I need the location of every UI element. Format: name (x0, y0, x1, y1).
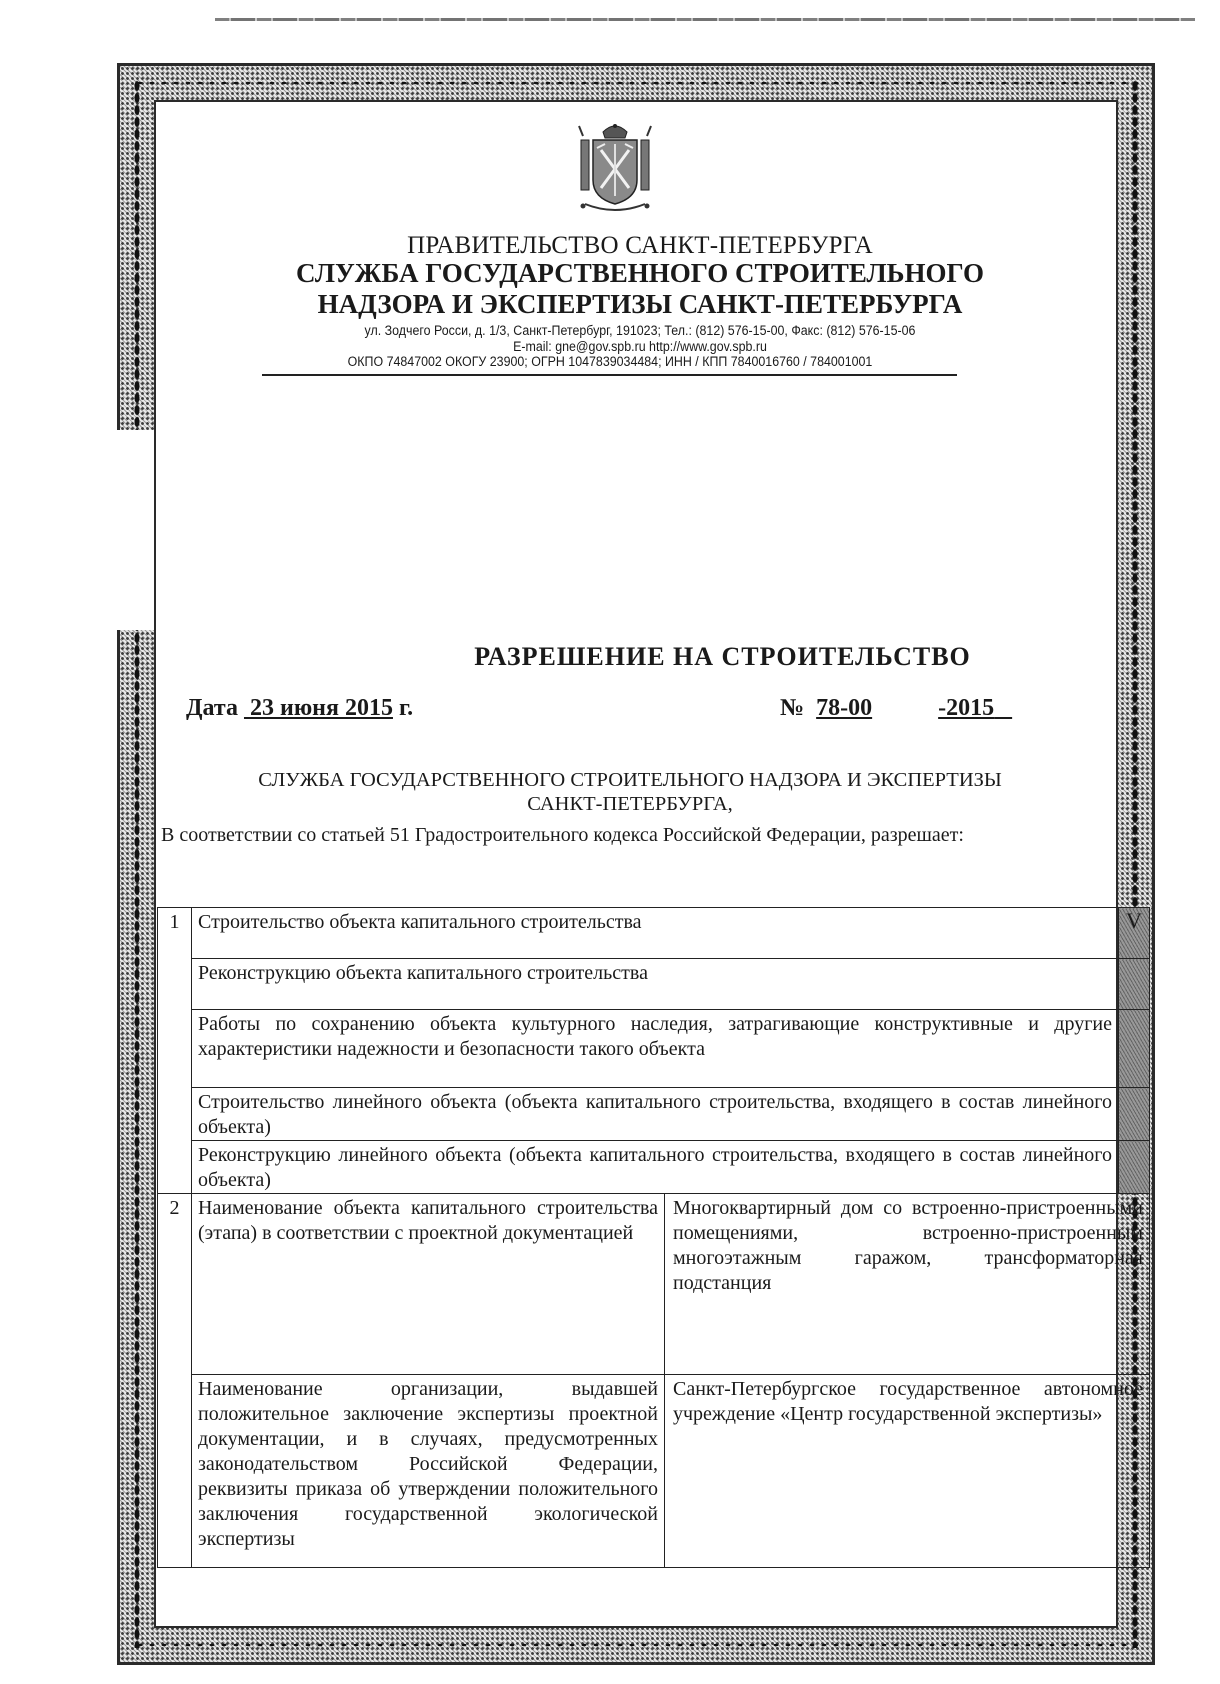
table-row: Строительство линейного объекта (объекта… (158, 1088, 1150, 1141)
number-prefix: 78-00 (816, 695, 872, 721)
number-label: № (780, 695, 804, 721)
agency-address: ул. Зодчего Росси, д. 1/3, Санкт-Петербу… (198, 323, 1081, 339)
frame-pattern-top (134, 80, 1138, 86)
issue-date: Дата 23 июня 2015 г. (186, 695, 413, 722)
agency-contacts: ул. Зодчего Росси, д. 1/3, Санкт-Петербу… (198, 323, 1081, 355)
scan-artifact-line (215, 18, 1195, 21)
frame-pattern-bottom (134, 1642, 1138, 1648)
table-row: Реконструкцию линейного объекта (объекта… (158, 1141, 1150, 1194)
date-label: Дата (186, 695, 238, 721)
permit-number: № 78-00 -2015 (780, 695, 1012, 722)
table-row: Наименование организации, выдавшей полож… (158, 1375, 1150, 1568)
number-suffix: -2015 (938, 695, 994, 721)
frame-whiteout-gap (114, 430, 154, 630)
field-value: Санкт-Петербургское государственное авто… (665, 1375, 1150, 1568)
date-suffix: г. (399, 695, 413, 721)
coat-of-arms-icon (575, 118, 655, 218)
letterhead-divider (262, 374, 957, 376)
agency-name-line1: СЛУЖБА ГОСУДАРСТВЕННОГО СТРОИТЕЛЬНОГО (160, 258, 1120, 289)
table-row: 2 Наименование объекта капитального стро… (158, 1194, 1150, 1375)
legal-basis-text: В соответствии со статьей 51 Градостроит… (161, 823, 1101, 847)
document-title: РАЗРЕШЕНИЕ НА СТРОИТЕЛЬСТВО (160, 642, 1110, 672)
permit-type-checkbox (1119, 1141, 1150, 1194)
agency-name: СЛУЖБА ГОСУДАРСТВЕННОГО СТРОИТЕЛЬНОГО НА… (160, 258, 1120, 320)
agency-registration-ids: ОКПО 74847002 ОКОГУ 23900; ОГРН 10478390… (297, 354, 923, 369)
permit-type-checkbox (1119, 959, 1150, 1010)
section-number: 1 (158, 908, 192, 1194)
agency-name-line2: НАДЗОРА И ЭКСПЕРТИЗЫ САНКТ-ПЕТЕРБУРГА (160, 289, 1120, 320)
issuing-authority: СЛУЖБА ГОСУДАРСТВЕННОГО СТРОИТЕЛЬНОГО НА… (160, 768, 1100, 816)
section-number: 2 (158, 1194, 192, 1568)
issuing-authority-line1: СЛУЖБА ГОСУДАРСТВЕННОГО СТРОИТЕЛЬНОГО НА… (160, 768, 1100, 792)
field-value: Многоквартирный дом со встроенно-пристро… (665, 1194, 1150, 1375)
table-row: Реконструкцию объекта капитального строи… (158, 959, 1150, 1010)
permit-type-checkbox (1119, 1088, 1150, 1141)
permit-details-table: 1 Строительство объекта капитального стр… (157, 907, 1150, 1568)
table-row: 1 Строительство объекта капитального стр… (158, 908, 1150, 959)
permit-type-option: Строительство объекта капитального строи… (192, 908, 1119, 959)
permit-type-option: Работы по сохранению объекта культурного… (192, 1010, 1119, 1088)
issuing-authority-line2: САНКТ-ПЕТЕРБУРГА, (160, 792, 1100, 816)
field-label: Наименование организации, выдавшей полож… (192, 1375, 665, 1568)
frame-pattern-left (134, 80, 140, 1648)
permit-type-checkbox (1119, 1010, 1150, 1088)
agency-email-web: E-mail: gne@gov.spb.ru http://www.gov.sp… (198, 339, 1081, 355)
permit-type-option: Реконструкцию объекта капитального строи… (192, 959, 1119, 1010)
government-name: ПРАВИТЕЛЬСТВО САНКТ-ПЕТЕРБУРГА (160, 232, 1120, 260)
permit-type-checkbox: V (1119, 908, 1150, 959)
table-row: Работы по сохранению объекта культурного… (158, 1010, 1150, 1088)
field-label: Наименование объекта капитального строит… (192, 1194, 665, 1375)
permit-type-option: Реконструкцию линейного объекта (объекта… (192, 1141, 1119, 1194)
date-value: 23 июня 2015 (244, 695, 393, 721)
permit-type-option: Строительство линейного объекта (объекта… (192, 1088, 1119, 1141)
